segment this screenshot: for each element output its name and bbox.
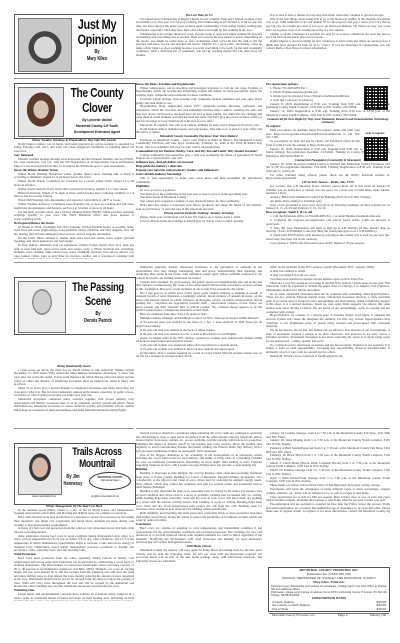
paragraph: Bedding is important to help mitigate th… xyxy=(136,472,262,490)
passing-scene-col2: Wikipedia generally defines situational … xyxy=(136,266,262,426)
paragraph: This is your opportunity to make your vo… xyxy=(136,177,262,184)
byline-line2: Hennessy xyxy=(62,481,84,487)
trails-col2: Several practices should be considered w… xyxy=(136,432,262,602)
paragraph: In a civilized society, situational awar… xyxy=(266,344,390,355)
passing-scene-col1: Being Situationally Aware I came across … xyxy=(14,365,134,425)
paragraph: Dennis M. Patrick can be contacted at fr… xyxy=(266,355,390,359)
column-title-line1: Just My xyxy=(74,17,121,31)
section-divider xyxy=(14,428,134,429)
paragraph: Situational awareness comprises many con… xyxy=(14,398,134,412)
paragraph: These are a very few examples occurring … xyxy=(266,282,390,293)
paragraph: One of the best things about being able … xyxy=(266,18,390,32)
jim-hennessy-photo xyxy=(18,447,62,495)
trails-col1: Winter Management Of The Beef Cow Herd I… xyxy=(14,505,134,601)
paragraph: Beef cows are capable of adapting to col… xyxy=(136,527,262,545)
column-title-line2: Mountrail xyxy=(67,459,126,470)
paragraph: As an aside, situational awareness must … xyxy=(266,293,390,314)
column-title-line1: Trails Across xyxy=(67,447,126,458)
section-divider xyxy=(14,78,390,79)
paragraph: One of the biggest challenges is "no scr… xyxy=(136,454,262,468)
paragraph: Bedding is also important for beef cows,… xyxy=(136,490,262,511)
qr-code-commercial-registration[interactable] xyxy=(364,137,388,161)
qr-code-pesticide-registration[interactable] xyxy=(364,86,388,110)
paragraph: I've talked about volunteering at Rugby … xyxy=(136,18,262,32)
badge-line2: Agricultural Agent xyxy=(90,479,130,482)
footer-location: Stanley, ND xyxy=(370,614,386,618)
section-heading: Commercial for Pest, Right-Of-Way, Seed … xyxy=(266,118,390,125)
publisher-info-box: MOUNTRAIL COUNTY PROMOTER, INC. Publicat… xyxy=(268,567,390,612)
website-link[interactable]: www.mountrail.nd.us xyxy=(19,495,69,498)
column-title-line2: Opinion xyxy=(74,32,121,46)
paragraph: Producers in Mountrail County – here's y… xyxy=(136,139,262,150)
paragraph: Not a day goes by in which news cycles r… xyxy=(136,292,262,313)
paragraph: Many of us never give a second thought t… xyxy=(14,387,134,398)
byline-by: By xyxy=(68,311,127,317)
paragraph: Several practices should be considered w… xyxy=(136,432,262,453)
footer-publisher: Mountrail County Promoter, Inc. xyxy=(272,614,316,618)
paragraph: I came across an article the other day b… xyxy=(14,369,134,387)
byline-author: Dennis Patrick xyxy=(68,318,127,324)
paragraph: Rugby Theater is always looking for new … xyxy=(266,40,390,51)
column-title-line2: Clover xyxy=(67,101,126,114)
trails-col3: January 14: Country Sausage, from 5 to 7… xyxy=(266,432,390,514)
column-title-line2: Scene xyxy=(69,295,127,307)
just-my-opinion-header: Just My Opinion By Mary Kilen xyxy=(14,14,124,74)
paragraph: Hypervigilance, by contrast, is a tensio… xyxy=(266,314,390,328)
just-my-opinion-article-col2: It is so nice to have a theater in town … xyxy=(266,14,390,84)
mountrail-county-badge: MOUNTRAIL COUNTY Agricultural Agent xyxy=(89,472,131,490)
byline-by: By xyxy=(73,49,121,55)
paragraph: Cost for Private Pesticide trainings is … xyxy=(136,220,262,224)
section-divider xyxy=(136,262,390,263)
email-link[interactable]: jim@co.mountrail.nd.us xyxy=(79,495,131,498)
paragraph: Monitor weather updates through local ne… xyxy=(14,158,134,169)
paragraph: In December 2024 a woman sleeping on a t… xyxy=(136,352,262,359)
paragraph: For the most accurate alerts, use a NOAA… xyxy=(14,211,134,222)
paragraph: Volunteering is not a huge amount of wor… xyxy=(136,33,262,58)
dennis-patrick-photo xyxy=(18,281,66,333)
paragraph: Larger herds and environmental concerns … xyxy=(14,593,134,601)
byline-role-line1: Mountrail County 4-H Youth xyxy=(67,123,128,128)
lynnette-vachal-photo xyxy=(18,87,64,137)
paragraph: Citizens have assumed, for good reasons,… xyxy=(136,281,262,292)
rate-price: $45.00 xyxy=(377,608,386,612)
paragraph: After adaptation, mature beef cows in go… xyxy=(14,535,134,553)
paragraph: Get excited, Our 4-H Shooting Sports Arc… xyxy=(266,185,390,196)
paragraph: Beef cows need protection from the wind,… xyxy=(14,557,134,589)
paragraph: Must pre-register by deadline dates! Pre… xyxy=(266,129,360,140)
paragraph: At Home or Work: Flashlight and extra ba… xyxy=(14,226,134,237)
qr-label: scan to register xyxy=(360,132,390,135)
paragraph: Cost: Option 1: $30 for the full season … xyxy=(266,242,390,246)
rate-label: Out of State xyxy=(272,608,289,612)
publisher-footer: Mountrail County Promoter, Inc. Page 2 S… xyxy=(269,613,389,618)
paragraph: Both definitely need bedding and wind pr… xyxy=(136,512,262,523)
mary-kilen-photo xyxy=(18,18,72,72)
paragraph: Winter temperatures can be shocking and … xyxy=(136,87,262,98)
paragraph: January 30, 2026: In-person training hos… xyxy=(266,163,390,174)
paragraph: Beef cattle increase body heat productio… xyxy=(14,516,134,527)
paragraph: We do not need to live in fear, but neit… xyxy=(266,329,390,343)
county-clover-col2: Know the Risks: Frostbite and Hypothermi… xyxy=(136,83,262,259)
column-title-line1: The Passing xyxy=(69,281,127,293)
paragraph: Mountrail County Ag Agency will once aga… xyxy=(136,549,262,563)
page-number: Page 2 xyxy=(338,614,348,618)
section-divider xyxy=(136,428,390,429)
paragraph: Pre-registration and pre-payment is requ… xyxy=(266,503,390,514)
paragraph: North Dakota winters can be harsh, and b… xyxy=(14,143,134,154)
byline-line1: By Jim xyxy=(62,474,84,480)
trails-across-mountrail-header: Trails Across Mountrail By Jim Hennessy … xyxy=(14,443,136,505)
county-clover-col1: Winter Weather Warnings & Preparedness: … xyxy=(14,139,134,259)
byline-author: Mary Kilen xyxy=(73,56,121,62)
column-title-line1: The County xyxy=(67,86,126,99)
byline-author: By Lynnette Vachal xyxy=(67,117,128,122)
just-my-opinion-article-col1: The Last Time for Us I've talked about v… xyxy=(136,14,262,84)
byline-role-line2: Development Extension Agent xyxy=(67,129,128,134)
county-clover-header: The County Clover By Lynnette Vachal Mou… xyxy=(14,83,136,139)
rate-row: Out of State $45.00 xyxy=(269,608,389,612)
section-divider xyxy=(14,262,134,263)
paragraph: In Your Vehicle: Winterize your car (ant… xyxy=(14,244,134,259)
paragraph: Hypothermia: Body temperature below 95°F… xyxy=(136,105,262,123)
passing-scene-col3: Other recent incidents in the NYC subway… xyxy=(266,266,390,426)
paragraph: Wikipedia generally defines situational … xyxy=(136,266,262,280)
passing-scene-header: The Passing Scene By Dennis Patrick xyxy=(14,277,136,335)
